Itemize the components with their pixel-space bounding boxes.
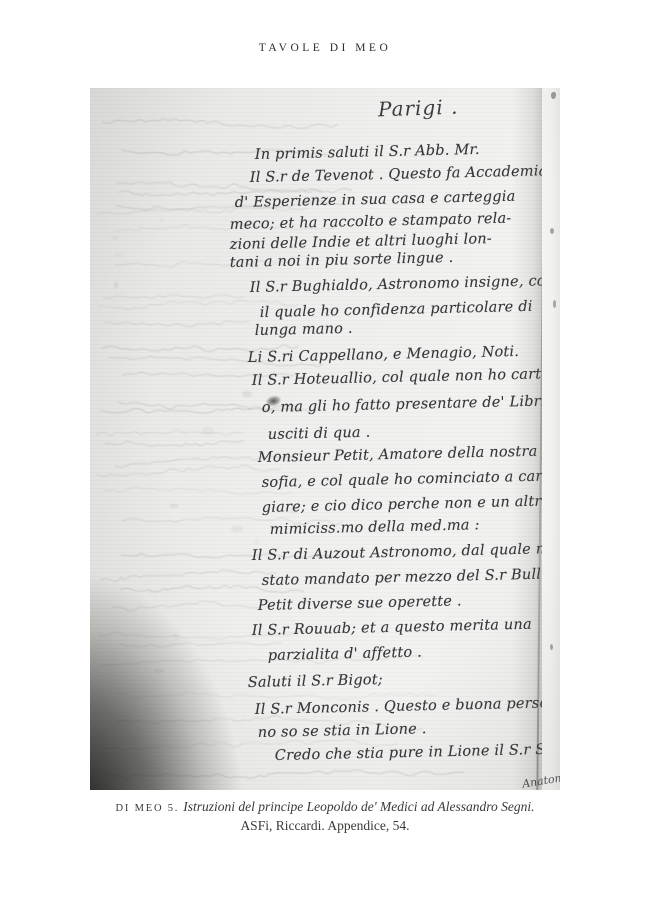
caption-source: ASFi, Riccardi. Appendice, 54.: [0, 817, 650, 834]
manuscript-line: Il S.r Monconis . Questo e buona persona…: [255, 695, 560, 718]
manuscript-line: o, ma gli ho fatto presentare de' Libri: [262, 394, 546, 416]
manuscript-line: meco; et ha raccolto e stampato rela-: [230, 211, 512, 233]
caption-title: Istruzioni del principe Leopoldo de' Med…: [183, 799, 534, 814]
manuscript-lines: Parigi . In primis saluti il S.r Abb. Mr…: [90, 88, 560, 790]
manuscript-line: Il S.r di Auzout Astronomo, dal quale mi…: [252, 541, 560, 564]
manuscript-line: lunga mano .: [255, 321, 353, 339]
manuscript-line: Li S.ri Cappellano, e Menagio, Noti.: [248, 344, 520, 366]
book-page: TAVOLE DI MEO Parigi . In primis saluti …: [0, 0, 650, 918]
manuscript-line: mimiciss.mo della med.ma :: [270, 517, 480, 538]
manuscript-line: Il S.r de Tevenot . Questo fa Accademia: [250, 163, 548, 186]
next-page-edge: [542, 88, 560, 790]
edge-speck: [553, 300, 556, 308]
caption-line-1: DI MEO 5. Istruzioni del principe Leopol…: [0, 798, 650, 817]
manuscript-line: parzialita d' affetto .: [268, 645, 423, 664]
manuscript-line: d' Esperienze in sua casa e carteggia: [235, 189, 516, 211]
edge-speck: [550, 228, 554, 234]
manuscript-line: usciti di qua .: [268, 425, 371, 443]
manuscript-line: Il S.r Bughialdo, Astronomo insigne, con: [250, 273, 556, 296]
manuscript-line: sofia, e col quale ho cominciato a carte…: [262, 468, 560, 491]
figure-caption: DI MEO 5. Istruzioni del principe Leopol…: [0, 798, 650, 834]
edge-speck: [550, 644, 553, 650]
manuscript-heading: Parigi .: [378, 95, 459, 122]
manuscript-line: Il S.r Rouuab; et a questo merita una: [252, 617, 532, 639]
manuscript-line: tani a noi in piu sorte lingue .: [230, 250, 454, 271]
manuscript-line: In primis saluti il S.r Abb. Mr.: [255, 142, 480, 163]
manuscript-line: Il S.r Hoteuallio, col quale non ho cart…: [252, 366, 560, 389]
manuscript-line: Monsieur Petit, Amatore della nostra fil…: [258, 443, 560, 466]
manuscript-line: Saluti il S.r Bigot;: [248, 672, 383, 691]
manuscript-photo: Parigi . In primis saluti il S.r Abb. Mr…: [90, 88, 560, 790]
manuscript-line: giare; e cio dico perche non e un altro: [262, 493, 551, 516]
manuscript-line: stato mandato per mezzo del S.r Bulliald…: [262, 566, 560, 589]
manuscript-line: Petit diverse sue operette .: [258, 593, 462, 614]
manuscript-line: no so se stia in Lione .: [258, 721, 427, 741]
caption-label: DI MEO 5.: [116, 803, 180, 814]
running-head: TAVOLE DI MEO: [0, 42, 650, 54]
manuscript-line: Credo che stia pure in Lione il S.r Sten…: [275, 741, 560, 764]
manuscript-line: il quale ho confidenza particolare di: [260, 299, 533, 321]
